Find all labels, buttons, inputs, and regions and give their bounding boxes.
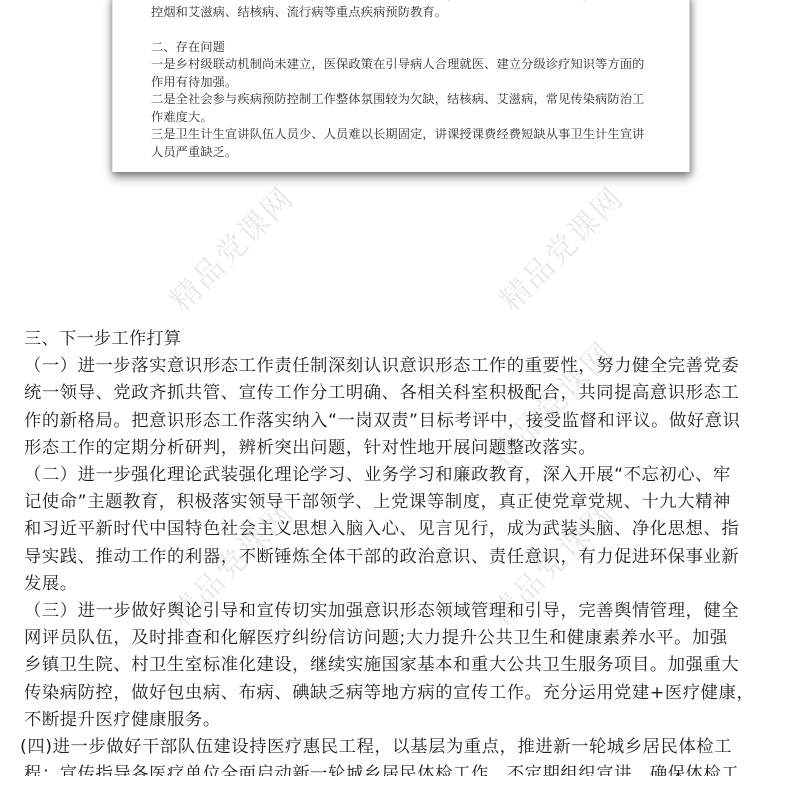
paragraph-line: 作的新格局。把意识形态工作落实纳入“一岗双责”目标考评中，接受监督和评议。做好意…: [24, 408, 780, 435]
watermark: 精品党课网: [158, 175, 302, 319]
embedded-document-image: 村、健康知识讲座，合同服务，发放健康知识宣传资料，制作宣传栏宣传标语等，重点开展…: [112, 0, 690, 172]
paragraph-2: （二）进一步强化理论武装强化理论学习、业务学习和廉政教育，深入开展“不忘初心、牢…: [24, 462, 780, 598]
section-heading: 三、下一步工作打算: [24, 326, 780, 353]
document-body: 三、下一步工作打算 （一）进一步落实意识形态工作责任制深刻认识意识形态工作的重要…: [24, 326, 780, 776]
paragraph-line: 和习近平新时代中国特色社会主义思想入脑入心、见言见行，成为武装头脑、净化思想、指: [24, 516, 780, 543]
paragraph-line: 乡镇卫生院、村卫生室标准化建设，继续实施国家基本和重大公共卫生服务项目。加强重大: [24, 652, 780, 679]
paragraph-line: （一）进一步落实意识形态工作责任制深刻认识意识形态工作的重要性，努力健全完善党委: [24, 353, 780, 380]
paragraph-1: （一）进一步落实意识形态工作责任制深刻认识意识形态工作的重要性，努力健全完善党委…: [24, 353, 780, 462]
card-line: 一是乡村级联动机制尚未建立，医保政策在引导病人合理就医、建立分级诊疗知识等方面的: [151, 56, 651, 74]
spacer: [151, 22, 651, 39]
watermark: 精品党课网: [488, 175, 632, 319]
paragraph-line: （三）进一步做好舆论引导和宣传切实加强意识形态领域管理和引导，完善舆情管理，健全: [24, 598, 780, 625]
paragraph-line: （二）进一步强化理论武装强化理论学习、业务学习和廉政教育，深入开展“不忘初心、牢: [24, 462, 780, 489]
paragraph-4: (四)进一步做好干部队伍建设持医疗惠民工程，以基层为重点，推进新一轮城乡居民体检…: [24, 734, 780, 776]
paragraph-line: 导实践、推动工作的利器，不断锤炼全体干部的政治意识、责任意识，有力促进环保事业新: [24, 544, 780, 571]
document-page: 精品党课网 精品党课网 精品党课网 精品党课网 精品党课网 村、健康知识讲座，合…: [0, 0, 800, 800]
section-heading: 二、存在问题: [151, 39, 651, 57]
card-line: 作用有待加强。: [151, 74, 651, 92]
paragraph-line: 形态工作的定期分析研判，辨析突出问题，针对性地开展问题整改落实。: [24, 435, 780, 462]
paragraph-line: 记使命”主题教育，积极落实领导干部领学、上党课等制度，真正使党章党规、十九大精神: [24, 489, 780, 516]
paragraph-line: 程；宣传指导各医疗单位全面启动新一轮城乡居民体检工作，不定期组织宣讲，确保体检工: [24, 761, 739, 776]
paragraph-line: 发展。: [24, 571, 780, 598]
card-line: 三是卫生计生宣讲队伍人员少、人员难以长期固定，讲课授课费经费短缺从事卫生计生宣讲: [151, 126, 651, 144]
paragraph-line: 传染病防控，做好包虫病、布病、碘缺乏病等地方病的宣传工作。充分运用党建+医疗健康…: [24, 680, 780, 707]
partial-line: 程；宣传指导各医疗单位全面启动新一轮城乡居民体检工作，不定期组织宣讲，确保体检工: [24, 761, 780, 776]
paragraph-3: （三）进一步做好舆论引导和宣传切实加强意识形态领域管理和引导，完善舆情管理，健全…: [24, 598, 780, 734]
paragraph-line: (四)进一步做好干部队伍建设持医疗惠民工程，以基层为重点，推进新一轮城乡居民体检…: [20, 734, 780, 761]
card-line: 二是全社会参与疾病预防控制工作整体氛围较为欠缺，结核病、艾滋病，常见传染病防治工: [151, 91, 651, 109]
card-line: 控烟和艾滋病、结核病、流行病等重点疾病预防教育。: [151, 4, 651, 22]
card-line: 人员严重缺乏。: [151, 144, 651, 162]
paragraph-line: 不断提升医疗健康服务。: [24, 707, 780, 734]
partial-line: 村、健康知识讲座，合同服务，发放健康知识宣传资料，制作宣传栏宣传标语等，重点开展: [151, 0, 651, 4]
partial-line-text: 村、健康知识讲座，合同服务，发放健康知识宣传资料，制作宣传栏宣传标语等，重点开展: [151, 0, 645, 4]
embedded-document-text: 村、健康知识讲座，合同服务，发放健康知识宣传资料，制作宣传栏宣传标语等，重点开展…: [151, 0, 651, 161]
paragraph-line: 统一领导、党政齐抓共管、宣传工作分工明确、各相关科室积极配合，共同提高意识形态工: [24, 380, 780, 407]
paragraph-line: 网评员队伍，及时排查和化解医疗纠纷信访问题;大力提升公共卫生和健康素养水平。加强: [24, 625, 780, 652]
card-line: 作难度大。: [151, 109, 651, 127]
